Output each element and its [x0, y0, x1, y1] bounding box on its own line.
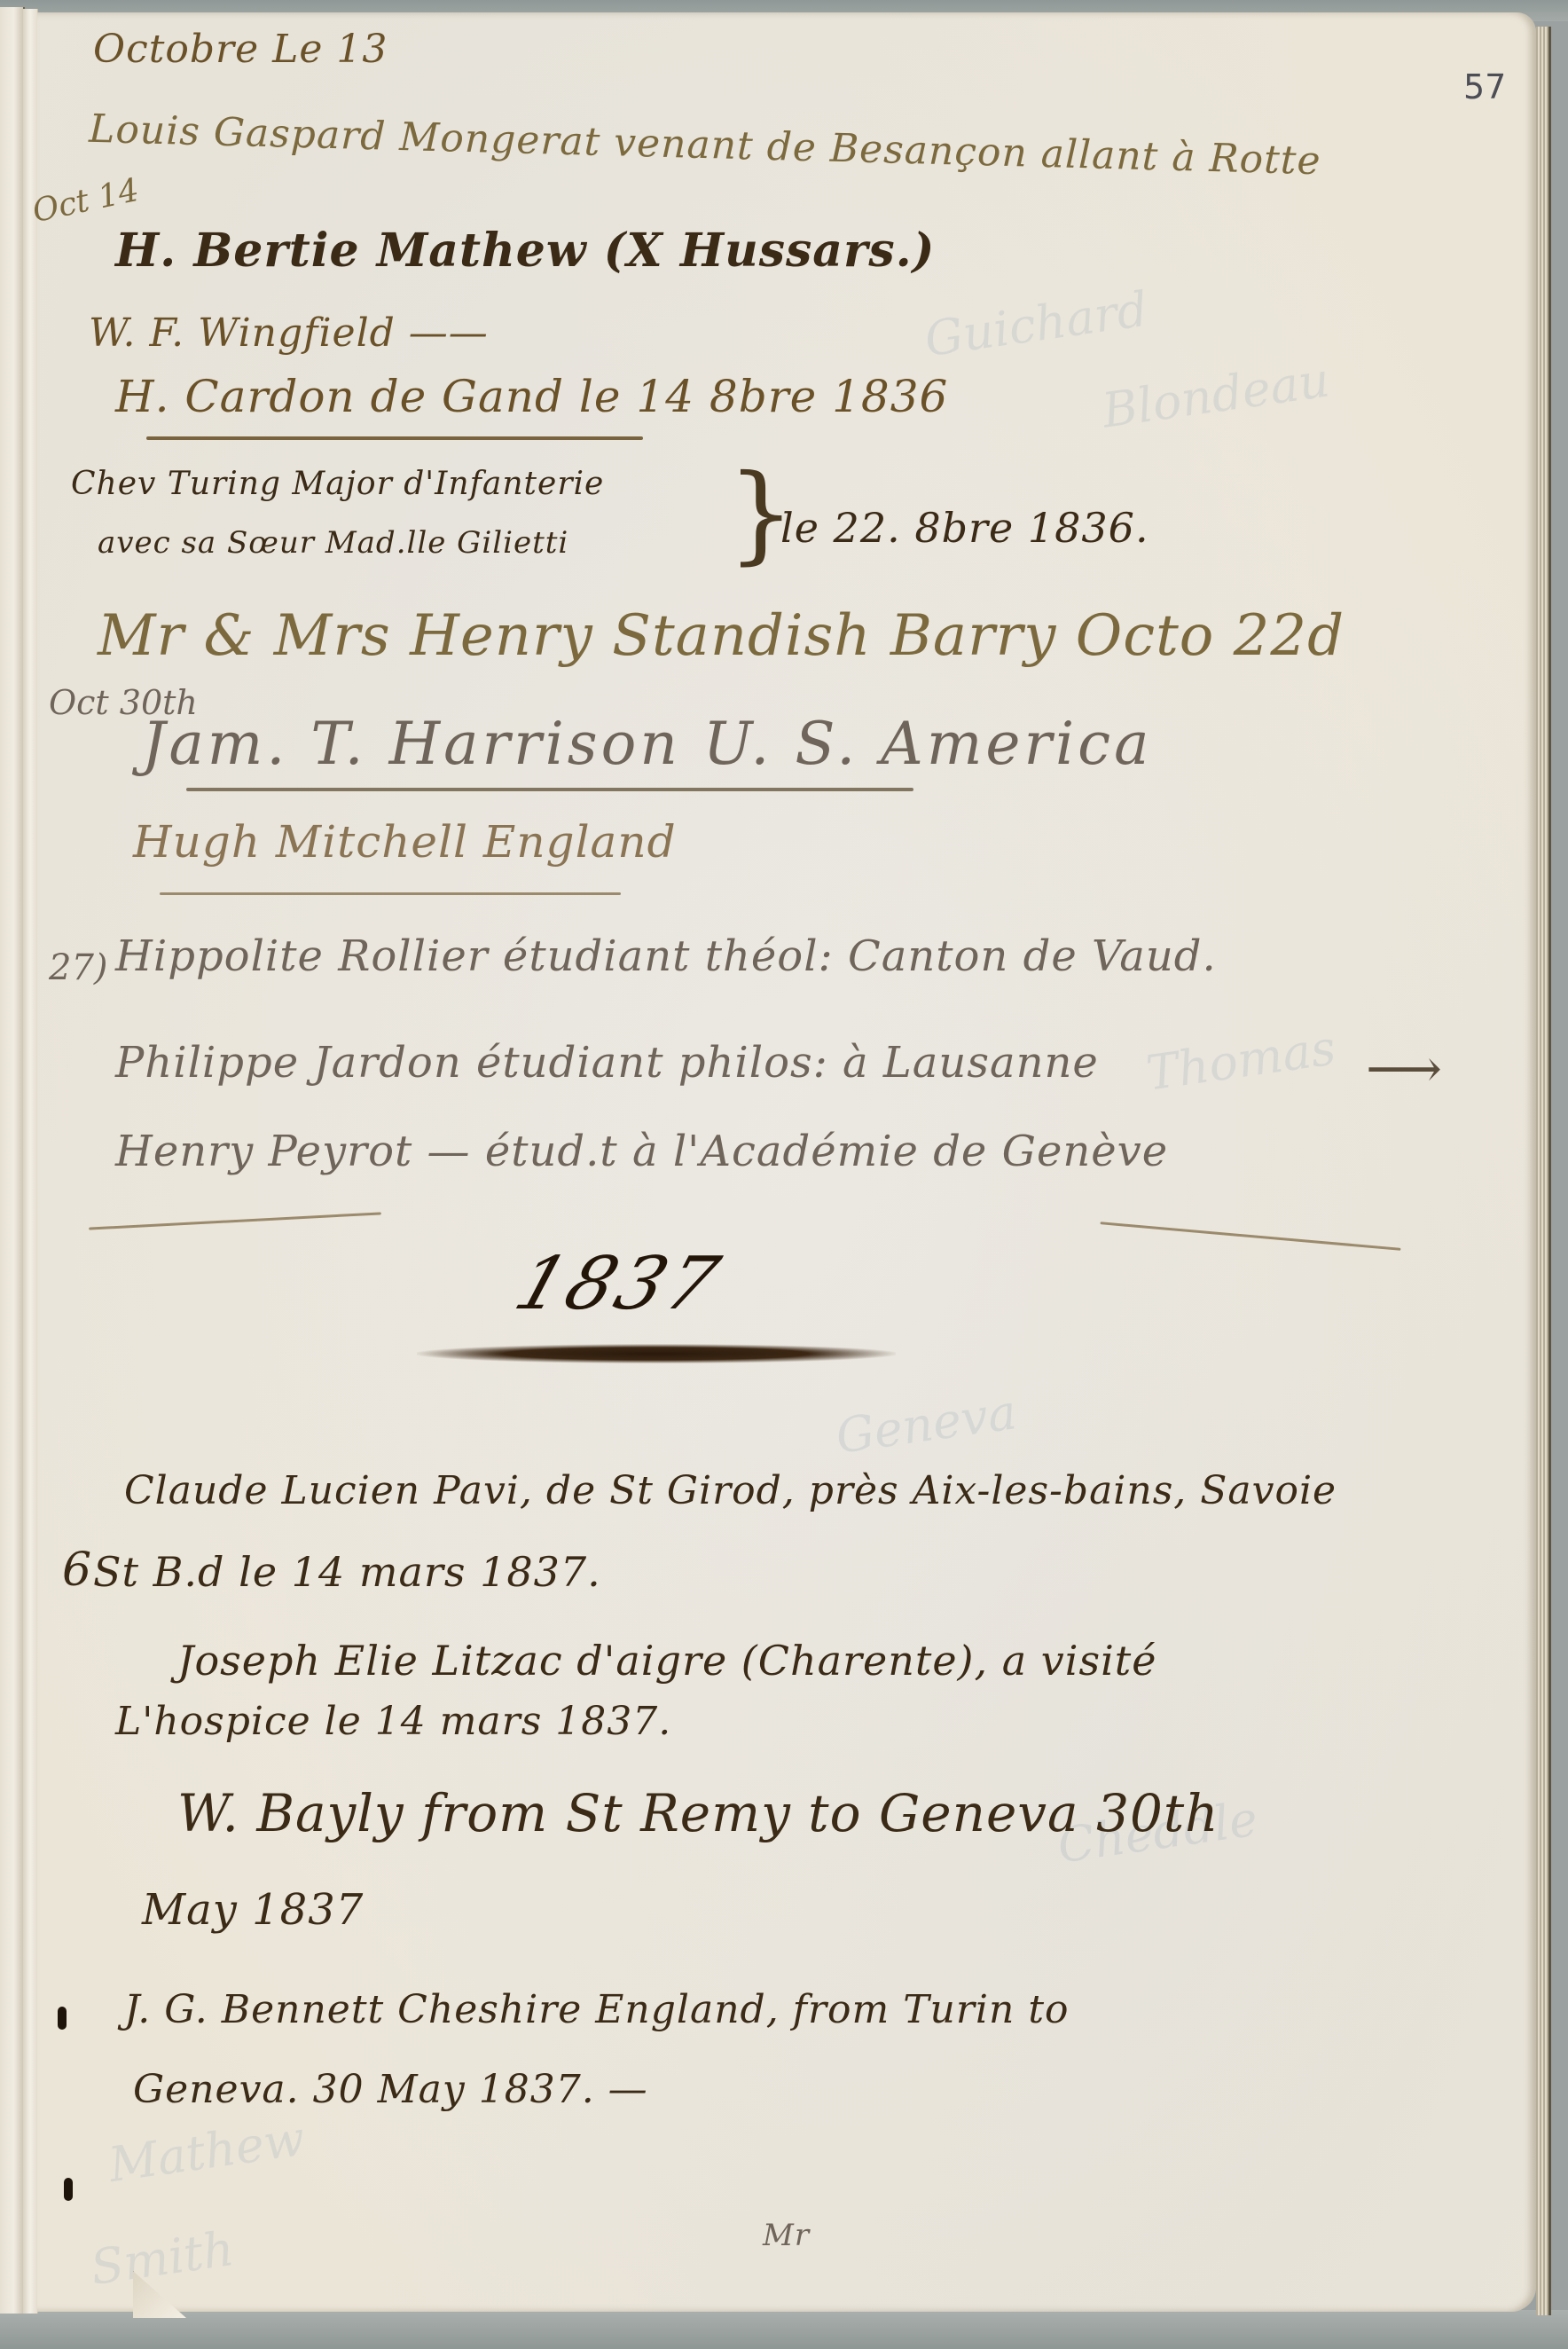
scan-bottom-background [0, 2310, 1568, 2349]
entry-line: Chev Turing Major d'Infanterie [71, 466, 604, 502]
entry-line: J. G. Bennett Cheshire England, from Tur… [124, 1987, 1070, 2032]
arrow-stroke: ⟶ [1366, 1038, 1442, 1100]
previous-page-edge [0, 7, 25, 2314]
entry-line: W. F. Wingfield —— [89, 310, 489, 356]
entry-line: St B.d le 14 mars 1837. [93, 1548, 601, 1596]
bleed-through-text: Smith [87, 2220, 237, 2296]
entry-line: Hippolite Rollier étudiant théol: Canton… [115, 931, 1217, 981]
underline-stroke [186, 788, 913, 791]
bleed-through-text: Blondeau [1099, 351, 1333, 438]
divider-stroke [160, 892, 621, 895]
entry-line: Philippe Jardon étudiant philos: à Lausa… [115, 1038, 1099, 1088]
entry-line: Hugh Mitchell England [133, 816, 677, 868]
year-heading: 1837 [506, 1242, 733, 1326]
entry-line: Henry Peyrot — étud.t à l'Académie de Ge… [115, 1127, 1168, 1176]
entry-line: Mr & Mrs Henry Standish Barry Octo 22d [98, 603, 1345, 669]
margin-number: 27) [49, 947, 108, 988]
bleed-through-text: Mathew [106, 2110, 309, 2193]
entry-line: le 22. 8bre 1836. [780, 504, 1149, 552]
entry-line: May 1837 [142, 1885, 364, 1935]
entry-line: Geneva. 30 May 1837. — [133, 2067, 648, 2112]
entry-line: Claude Lucien Pavi, de St Girod, près Ai… [124, 1468, 1337, 1513]
entry-line: H. Bertie Mathew (X Hussars.) [115, 224, 935, 278]
entry-date-heading: Octobre Le 13 [93, 27, 388, 72]
bleed-through-text: Guichard [921, 281, 1151, 368]
entry-line: Mr [763, 2218, 810, 2253]
page-number: 57 [1463, 67, 1506, 106]
ink-blot [58, 2007, 67, 2030]
entry-line: Joseph Elie Litzac d'aigre (Charente), a… [177, 1637, 1157, 1685]
bleed-through-text: Thomas [1143, 1019, 1339, 1101]
margin-number: 6 [62, 1544, 91, 1597]
entry-line: W. Bayly from St Remy to Geneva 30th [177, 1783, 1219, 1843]
entry-line: H. Cardon de Gand le 14 8bre 1836 [115, 371, 948, 422]
year-heading-rule [417, 1344, 896, 1363]
entry-line: Jam. T. Harrison U. S. America [142, 710, 1152, 778]
entry-line: L'hospice le 14 mars 1837. [115, 1699, 671, 1744]
page-fore-edge [1536, 27, 1551, 2315]
entry-line: avec sa Sœur Mad.lle Gilietti [98, 525, 568, 561]
underline-stroke [146, 436, 643, 440]
bleed-through-text: Geneva [833, 1384, 1020, 1465]
binding-gutter [23, 9, 38, 2314]
ink-blot [64, 2178, 73, 2201]
